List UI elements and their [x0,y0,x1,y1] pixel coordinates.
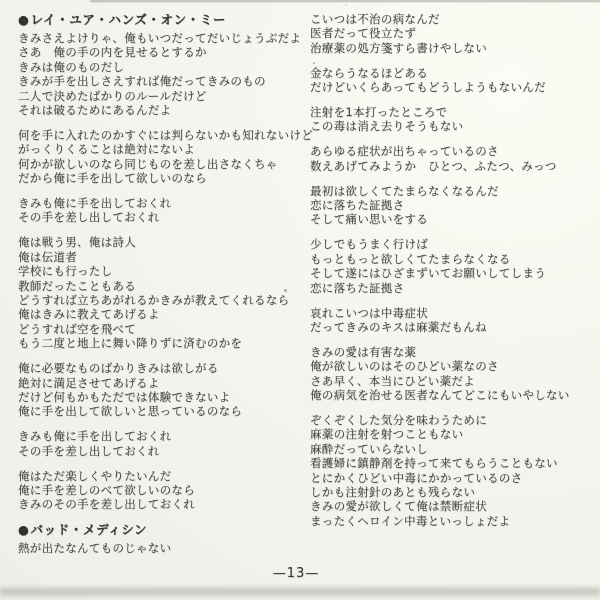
stanza: 俺はただ楽しくやりたいんだ俺に手を差しのべて欲しいのならきみのその手を差し出して… [18,469,306,512]
lyric-line: その手を差し出しておくれ [18,444,306,458]
song-title-text: レイ・ユア・ハンズ・オン・ミー [31,12,227,27]
lyric-line: 麻薬の注射を射つこともない [310,427,598,441]
lyric-line: だってきみのキスは麻薬だもんね [310,320,598,334]
lyric-line: 俺に手を出して欲しいと思っているのなら [18,404,306,418]
page-number: —13— [0,566,592,581]
stanza: あらゆる症状が出ちゃっているのさ数えあげてみようか ひとつ、ふたつ、みっつ [310,144,598,173]
lyric-line: 絶対に満足させてあげるよ [18,376,306,390]
lyric-line: 俺はきみに教えてあげるよ [18,307,306,321]
lyric-line: だから俺に手を出して欲しいのなら [18,171,306,185]
song-title: ●レイ・ユア・ハンズ・オン・ミー [18,12,306,27]
lyric-line: 俺は伝道者 [18,250,306,264]
scan-speck [284,289,287,292]
lyric-line: 数えあげてみようか ひとつ、ふたつ、みっつ [310,159,598,173]
lyric-line: 注射を1本打ったところで [310,105,598,119]
stanza: 俺は戦う男、俺は詩人俺は伝道者学校にも行ったし教師だったこともあるどうすれば立ち… [18,235,306,350]
lyric-line: きみが手を出しさえすれば俺だってきみのもの [18,74,306,88]
stanza: 俺に必要なものばかりきみは欲しがる絶対に満足させてあげるよだけど何もかもただでは… [18,361,306,419]
stanza: 注射を1本打ったところでこの毒は消え去りそうもない [310,105,598,134]
lyric-line: 看護婦に鎮静剤を持って来てもらうこともない [310,456,598,470]
lyric-line: だけど何もかもただでは体験できないよ [18,390,306,404]
lyric-line: 俺に手を差しのべて欲しいのなら [18,483,306,497]
lyric-line: 熱が出たなんてものじゃない [18,541,306,555]
lyric-line: だけどいくらあってもどうしようもないんだ [310,80,598,94]
lyric-line: 治療薬の処方箋すら書けやしない [310,41,598,55]
stanza: きみさえよけりゃ、俺もいつだってだいじょうぶだよさあ 俺の手の内を見せるとするか… [18,31,306,117]
lyric-line: 最初は欲しくてたまらなくなるんだ [310,184,598,198]
song-bullet-icon: ● [18,522,30,537]
stanza: きみも俺に手を出しておくれその手を差し出しておくれ [18,196,306,225]
lyric-line: 二人で決めたばかりのルールだけど [18,89,306,103]
stanza: きみも俺に手を出しておくれその手を差し出しておくれ [18,429,306,458]
lyric-line: 俺が欲しいのはそのひどい薬なのさ [310,359,598,373]
stanza: ぞくぞくした気分を味わうために麻薬の注射を射つこともない麻酔だっていらないし看護… [310,413,598,528]
lyric-line: 教師だったこともある [18,279,306,293]
lyric-line: まったくヘロイン中毒といっしょだよ [310,514,598,528]
lyric-line: ぞくぞくした気分を味わうために [310,413,598,427]
stanza: きみの愛は有害な薬俺が欲しいのはそのひどい薬なのささあ早く、本当にひどい薬だよ俺… [310,345,598,403]
lyric-line: 哀れこいつは中毒症状 [310,306,598,320]
stanza: 熱が出たなんてものじゃない [18,541,306,555]
song-title: ●バッド・メディシン [18,522,306,537]
stanza: こいつは不治の病なんだ医者だって役立たず治療薬の処方箋すら書けやしない [310,12,598,55]
lyric-line: その手を差し出しておくれ [18,210,306,224]
lyric-line: 恋に落ちた証拠さ [310,198,598,212]
lyric-line: きみも俺に手を出しておくれ [18,429,306,443]
lyric-line: 俺は戦う男、俺は詩人 [18,235,306,249]
lyric-line: しかも注射針のあとも残らない [310,485,598,499]
lyric-line: それは破るためにあるんだよ [18,103,306,117]
lyric-line: そして痛い思いをする [310,212,598,226]
lyric-line: こいつは不治の病なんだ [310,12,598,26]
lyrics-column-left: ●レイ・ユア・ハンズ・オン・ミーきみさえよけりゃ、俺もいつだってだいじょうぶだよ… [18,12,306,566]
stanza: 哀れこいつは中毒症状だってきみのキスは麻薬だもんね [310,306,598,335]
stanza: 最初は欲しくてたまらなくなるんだ恋に落ちた証拠さそして痛い思いをする [310,184,598,227]
lyric-line: もっともっと欲しくてたまらなくなる [310,252,598,266]
lyric-line: がっくりくることは絶対にないよ [18,142,306,156]
lyric-line: 麻酔だっていらないし [310,442,598,456]
song-title-text: バッド・メディシン [31,522,148,537]
lyric-line: どうすれば空を飛べて [18,322,306,336]
lyric-line: この毒は消え去りそうもない [310,119,598,133]
lyric-line: きみは俺のものだし [18,60,306,74]
stanza: 金ならうなるほどあるだけどいくらあってもどうしようもないんだ [310,66,598,95]
lyric-line: 俺の病気を治せる医者なんてどこにもいやしない [310,388,598,402]
lyric-line: 医者だって役立たず [310,26,598,40]
lyric-line: 俺はただ楽しくやりたいんだ [18,469,306,483]
lyric-line: きみさえよけりゃ、俺もいつだってだいじょうぶだよ [18,31,306,45]
scan-bottom-shadow [0,585,600,598]
stanza: 何を手に入れたのかすぐには判らないかも知れないけどがっくりくることは絶対にないよ… [18,128,306,186]
lyric-line: きみの愛は有害な薬 [310,345,598,359]
lyric-line: 何を手に入れたのかすぐには判らないかも知れないけど [18,128,306,142]
lyric-line: さあ 俺の手の内を見せるとするか [18,45,306,59]
lyric-line: 何かが欲しいのなら同じものを差し出さなくちゃ [18,157,306,171]
lyric-line: 学校にも行ったし [18,264,306,278]
booklet-page: ●レイ・ユア・ハンズ・オン・ミーきみさえよけりゃ、俺もいつだってだいじょうぶだよ… [0,0,600,600]
lyrics-column-right: こいつは不治の病なんだ医者だって役立たず治療薬の処方箋すら書けやしない金ならうな… [310,12,598,539]
scan-top-edge [90,0,600,2]
lyric-line: あらゆる症状が出ちゃっているのさ [310,144,598,158]
song-bullet-icon: ● [18,12,30,27]
lyric-line: 俺に必要なものばかりきみは欲しがる [18,361,306,375]
lyric-line: どうすれば立ちあがれるかきみが教えてくれるなら [18,293,306,307]
lyric-line: さあ早く、本当にひどい薬だよ [310,374,598,388]
lyric-line: 恋に落ちた証拠さ [310,281,598,295]
scan-speck [313,62,315,64]
stanza: 少しでもうまく行けばもっともっと欲しくてたまらなくなるそして遂にはひざまずいてお… [310,237,598,295]
lyric-line: きみの愛が欲しくて俺は禁断症状 [310,499,598,513]
lyric-line: きみのその手を差し出しておくれ [18,497,306,511]
lyric-line: とにかくひどい中毒にかかっているのさ [310,471,598,485]
lyric-line: 少しでもうまく行けば [310,237,598,251]
lyric-line: 金ならうなるほどある [310,66,598,80]
scan-speck [345,4,347,6]
lyric-line: もう二度と地上に舞い降りずに済むのかを [18,336,306,350]
lyric-line: きみも俺に手を出しておくれ [18,196,306,210]
lyric-line: そして遂にはひざまずいてお願いしてしまう [310,266,598,280]
